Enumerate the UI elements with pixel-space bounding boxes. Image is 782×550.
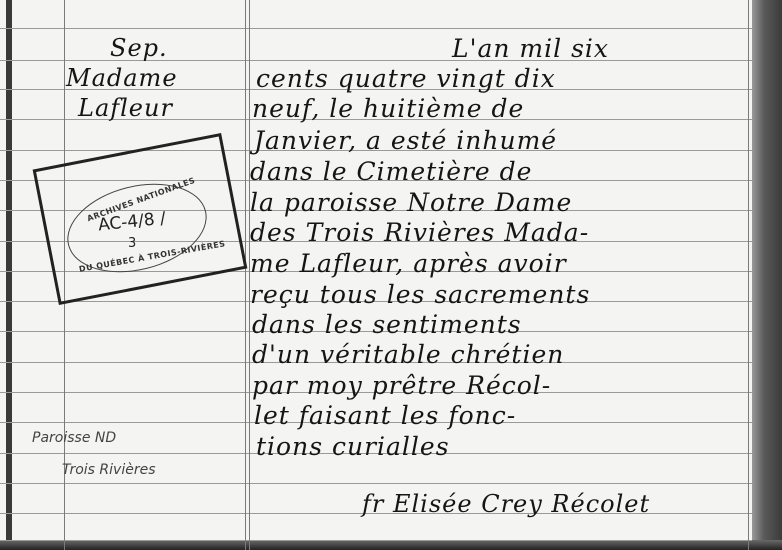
- margin-line-right: [748, 0, 749, 550]
- body-line: tions curialles: [256, 432, 450, 461]
- signature: fr Elisée Crey Récolet: [362, 490, 650, 518]
- body-line: par moy prêtre Récol-: [252, 371, 551, 400]
- ruled-line: [0, 483, 752, 484]
- body-line: la paroisse Notre Dame: [250, 188, 572, 217]
- document-page: Sep. Madame Lafleur ARCHIVES NATIONALES …: [0, 0, 782, 550]
- page-right-edge: [752, 0, 782, 550]
- ruled-line: [0, 28, 752, 29]
- body-line: dans le Cimetière de: [250, 157, 532, 186]
- margin-line-main: [245, 0, 246, 550]
- body-line: Janvier, a esté inhumé: [254, 126, 557, 155]
- body-line: dans les sentiments: [252, 310, 522, 339]
- stamp-number: 3: [128, 236, 136, 251]
- ruled-line: [0, 540, 752, 541]
- margin-annotation-name: Lafleur: [78, 94, 173, 122]
- pencil-note-line-2: Trois Rivières: [62, 462, 156, 478]
- body-line: neuf, le huitième de: [252, 94, 524, 123]
- body-line: d'un véritable chrétien: [252, 340, 564, 369]
- body-line: cents quatre vingt dix: [256, 64, 556, 93]
- margin-annotation-sep: Sep.: [110, 34, 168, 62]
- body-line: reçu tous les sacrements: [250, 280, 590, 309]
- body-line: me Lafleur, après avoir: [250, 249, 567, 278]
- pencil-note-line-1: Paroisse ND: [32, 430, 116, 446]
- body-line: L'an mil six: [452, 34, 609, 63]
- body-line: let faisant les fonc-: [254, 401, 516, 430]
- page-bottom-edge: [0, 540, 782, 550]
- page-left-edge: [6, 0, 12, 550]
- body-line: des Trois Rivières Mada-: [250, 218, 589, 247]
- margin-annotation-madame: Madame: [66, 64, 178, 92]
